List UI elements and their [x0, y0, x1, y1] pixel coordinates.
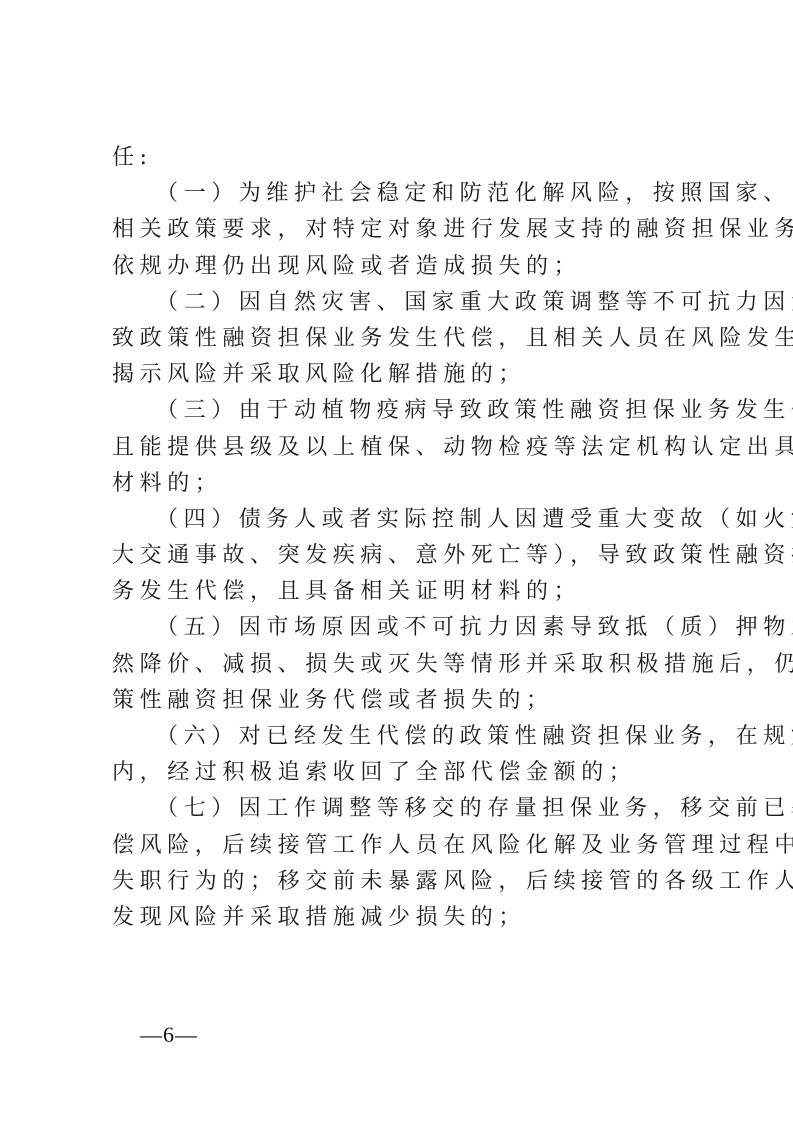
- text-line: 务发生代偿，且具备相关证明材料的；: [112, 574, 702, 610]
- document-body: 任: （一）为维护社会稳定和防范化解风险，按照国家、自治区 相关政策要求，对特定…: [112, 140, 702, 936]
- clause-1-line: （一）为维护社会稳定和防范化解风险，按照国家、自治区: [112, 176, 702, 212]
- clause-3-line: （三）由于动植物疫病导致政策性融资担保业务发生代偿，: [112, 393, 702, 429]
- text-line: 相关政策要求，对特定对象进行发展支持的融资担保业务，依法: [112, 212, 702, 248]
- clause-6-line: （六）对已经发生代偿的政策性融资担保业务，在规定期限: [112, 719, 702, 755]
- clause-5-line: （五）因市场原因或不可抗力因素导致抵（质）押物发生自: [112, 610, 702, 646]
- text-line: 发现风险并采取措施减少损失的；: [112, 900, 702, 936]
- text-line: 揭示风险并采取风险化解措施的；: [112, 357, 702, 393]
- text-line: 内，经过积极追索收回了全部代偿金额的；: [112, 755, 702, 791]
- text-line: 致政策性融资担保业务发生代偿，且相关人员在风险发生后及时: [112, 321, 702, 357]
- text-line: 然降价、减损、损失或灭失等情形并采取积极措施后，仍造成政: [112, 647, 702, 683]
- clause-4-line: （四）债务人或者实际控制人因遭受重大变故（如火灾、重: [112, 502, 702, 538]
- text-line: 且能提供县级及以上植保、动物检疫等法定机构认定出具的证明: [112, 430, 702, 466]
- text-line: 依规办理仍出现风险或者造成损失的；: [112, 249, 702, 285]
- text-line: 偿风险，后续接管工作人员在风险化解及业务管理过程中无违规: [112, 828, 702, 864]
- text-line: 大交通事故、突发疾病、意外死亡等），导致政策性融资担保业: [112, 538, 702, 574]
- text-line: 任:: [112, 140, 702, 176]
- clause-2-line: （二）因自然灾害、国家重大政策调整等不可抗力因素，导: [112, 285, 702, 321]
- text-line: 材料的；: [112, 466, 702, 502]
- document-page: 任: （一）为维护社会稳定和防范化解风险，按照国家、自治区 相关政策要求，对特定…: [0, 0, 793, 1121]
- text-line: 策性融资担保业务代偿或者损失的；: [112, 683, 702, 719]
- page-number: —6—: [140, 1022, 198, 1048]
- clause-7-line: （七）因工作调整等移交的存量担保业务，移交前已暴露代: [112, 791, 702, 827]
- text-line: 失职行为的；移交前未暴露风险，后续接管的各级工作人员及时: [112, 864, 702, 900]
